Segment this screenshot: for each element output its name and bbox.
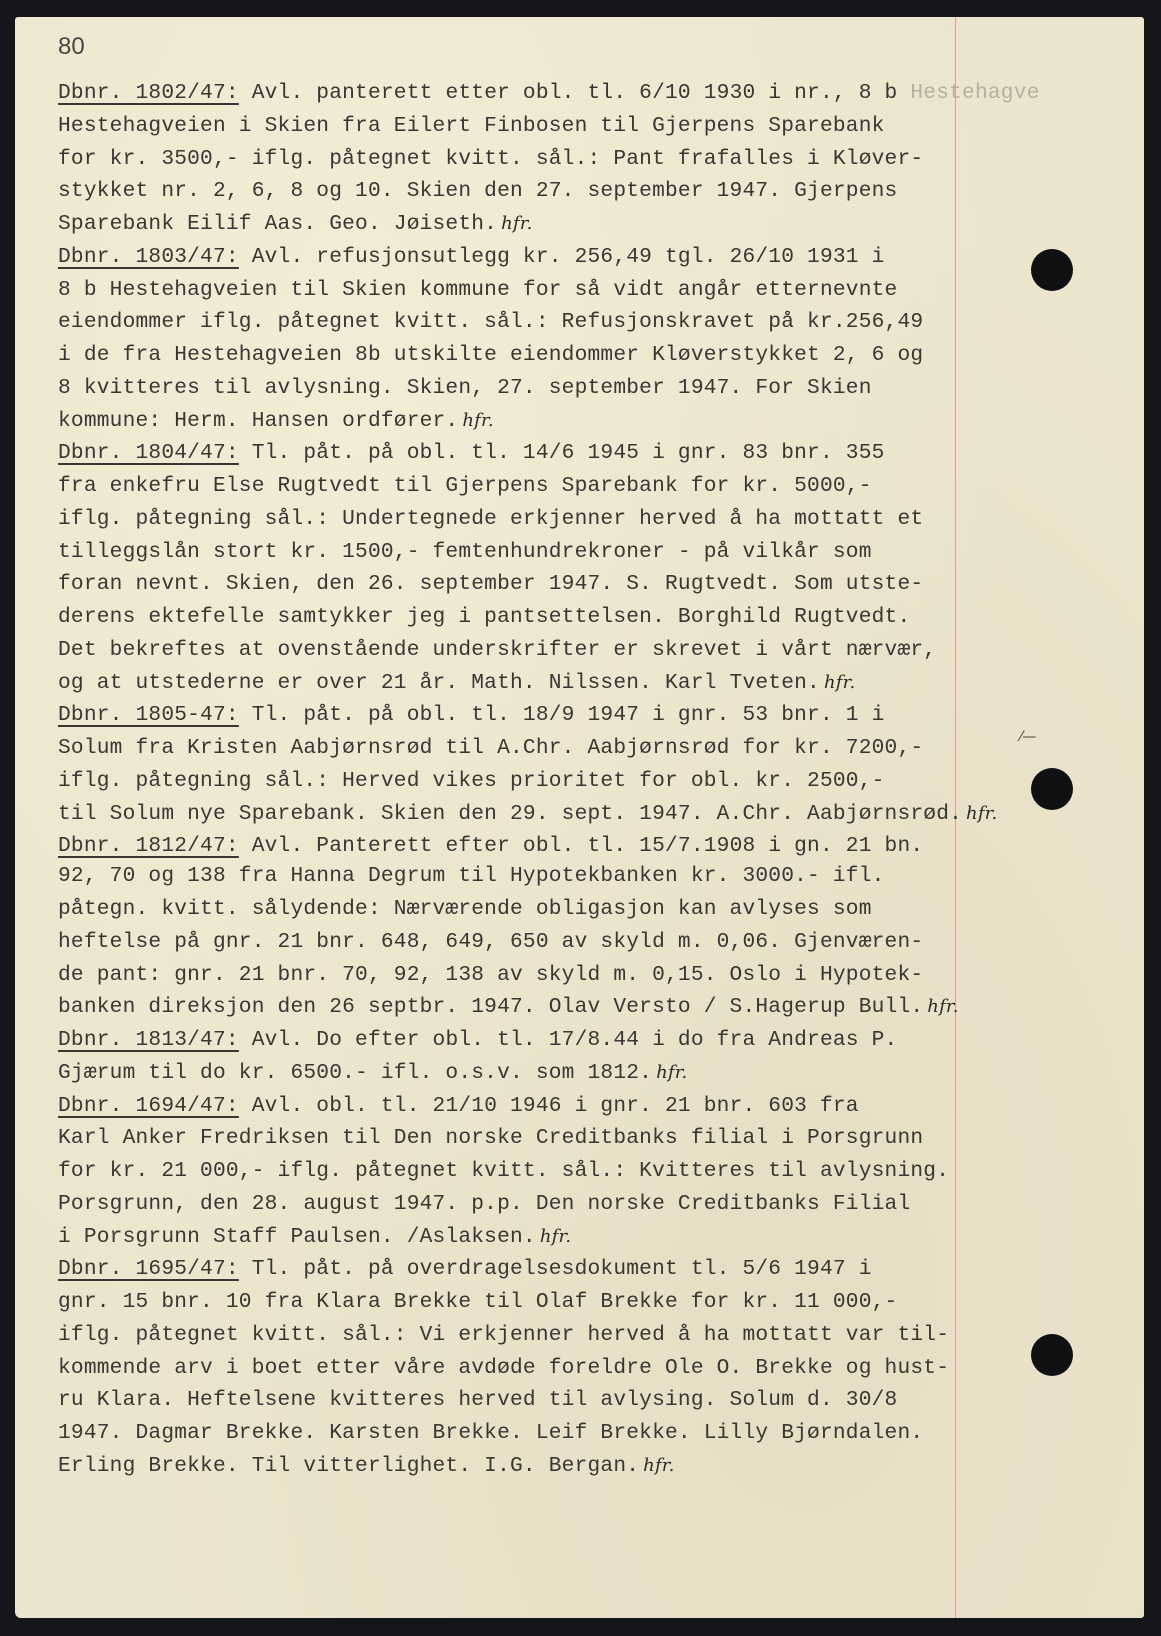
entry-1804-line-1: Dbnr. 1804/47: Tl. påt. på obl. tl. 14/6…	[58, 437, 1058, 470]
handwritten-initials: hfr.	[501, 213, 532, 234]
pencil-mark: ⁄—	[1020, 729, 1036, 745]
handwritten-initials: hfr.	[643, 1455, 674, 1476]
faint-overtype: Hestehagve	[910, 81, 1039, 105]
handwritten-initials: hfr.	[540, 1226, 571, 1247]
entry-1803-line-1: Dbnr. 1803/47: Avl. refusjonsutlegg kr. …	[58, 241, 1058, 274]
entry-1812-line-1: Dbnr. 1812/47: Avl. Panterett efter obl.…	[58, 830, 1058, 860]
entry-id: Dbnr. 1804/47:	[58, 441, 239, 465]
entry-id: Dbnr. 1813/47:	[58, 1028, 239, 1052]
entry-id: Dbnr. 1694/47:	[58, 1094, 239, 1118]
entry-id: Dbnr. 1803/47:	[58, 245, 239, 269]
handwritten-initials: hfr.	[656, 1062, 687, 1083]
punch-hole-middle	[1031, 768, 1073, 810]
entry-id: Dbnr. 1695/47:	[58, 1257, 239, 1281]
entry-1813-line-1: Dbnr. 1813/47: Avl. Do efter obl. tl. 17…	[58, 1024, 1058, 1057]
entry-1802-line-1: Dbnr. 1802/47: Avl. panterett etter obl.…	[58, 77, 1058, 110]
page-number: 80	[58, 33, 85, 61]
handwritten-initials: hfr.	[966, 803, 997, 824]
entry-id: Dbnr. 1812/47:	[58, 834, 239, 858]
handwritten-initials: hfr.	[927, 996, 958, 1017]
document-body: Dbnr. 1802/47: Avl. panterett etter obl.…	[58, 77, 1058, 1483]
entry-id: Dbnr. 1805-47:	[58, 703, 239, 727]
ledger-page: 80 Dbnr. 1802/47: Avl. panterett etter o…	[15, 17, 1144, 1618]
handwritten-initials: hfr.	[824, 672, 855, 693]
entry-1695-line-1: Dbnr. 1695/47: Tl. påt. på overdragelses…	[58, 1253, 1058, 1286]
punch-hole-bottom	[1031, 1334, 1073, 1376]
entry-1694-line-1: Dbnr. 1694/47: Avl. obl. tl. 21/10 1946 …	[58, 1090, 1058, 1123]
handwritten-initials: hfr.	[462, 410, 493, 431]
entry-id: Dbnr. 1802/47:	[58, 81, 239, 105]
entry-1805-line-1: Dbnr. 1805-47: Tl. påt. på obl. tl. 18/9…	[58, 699, 1058, 732]
punch-hole-top	[1031, 249, 1073, 291]
